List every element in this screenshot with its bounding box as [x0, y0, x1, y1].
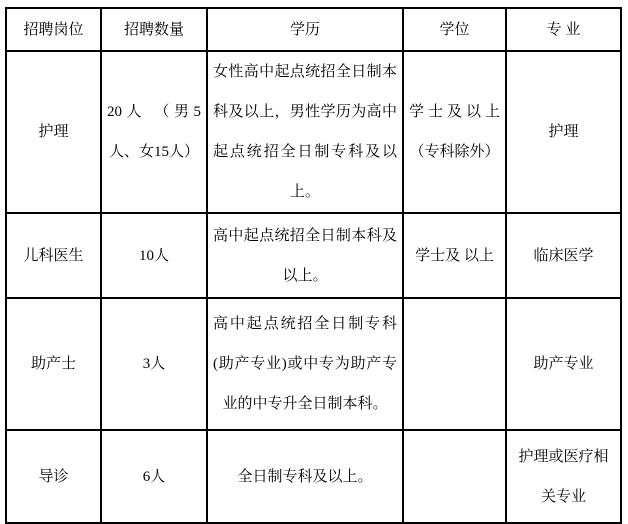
cell-education: 全日制专科及以上。 — [207, 430, 403, 523]
cell-degree — [403, 298, 506, 430]
cell-degree: 学士及 以上 — [403, 213, 506, 298]
cell-degree — [403, 430, 506, 523]
cell-position: 护理 — [6, 51, 101, 213]
cell-major: 临床医学 — [506, 213, 621, 298]
cell-position: 儿科医生 — [6, 213, 101, 298]
table-row-pediatrician: 儿科医生 10人 高中起点统招全日制本科及以上。 学士及 以上 临床医学 — [6, 213, 621, 298]
header-major: 专 业 — [506, 8, 621, 51]
cell-education: 女性高中起点统招全日制本科及以上，男性学历为高中起点统招全日制专科及以上。 — [207, 51, 403, 213]
header-degree: 学位 — [403, 8, 506, 51]
cell-count: 3人 — [101, 298, 207, 430]
header-position: 招聘岗位 — [6, 8, 101, 51]
table-row-midwife: 助产士 3人 高中起点统招全日制专科(助产专业)或中专为助产专业的中专升全日制本… — [6, 298, 621, 430]
cell-count: 10人 — [101, 213, 207, 298]
cell-count: 20人 （男5人、女15人） — [101, 51, 207, 213]
cell-major: 助产专业 — [506, 298, 621, 430]
cell-position: 助产士 — [6, 298, 101, 430]
table-row-nursing: 护理 20人 （男5人、女15人） 女性高中起点统招全日制本科及以上，男性学历为… — [6, 51, 621, 213]
cell-major: 护理 — [506, 51, 621, 213]
cell-position: 导诊 — [6, 430, 101, 523]
header-row: 招聘岗位 招聘数量 学历 学位 专 业 — [6, 8, 621, 51]
table-row-guide: 导诊 6人 全日制专科及以上。 护理或医疗相关专业 — [6, 430, 621, 523]
cell-degree: 学士及以上（专科除外） — [403, 51, 506, 213]
cell-major: 护理或医疗相关专业 — [506, 430, 621, 523]
header-count: 招聘数量 — [101, 8, 207, 51]
cell-education: 高中起点统招全日制专科(助产专业)或中专为助产专业的中专升全日制本科。 — [207, 298, 403, 430]
recruitment-table: 招聘岗位 招聘数量 学历 学位 专 业 护理 20人 （男5人、女15人） 女性… — [5, 7, 622, 524]
header-education: 学历 — [207, 8, 403, 51]
cell-count: 6人 — [101, 430, 207, 523]
cell-education: 高中起点统招全日制本科及以上。 — [207, 213, 403, 298]
